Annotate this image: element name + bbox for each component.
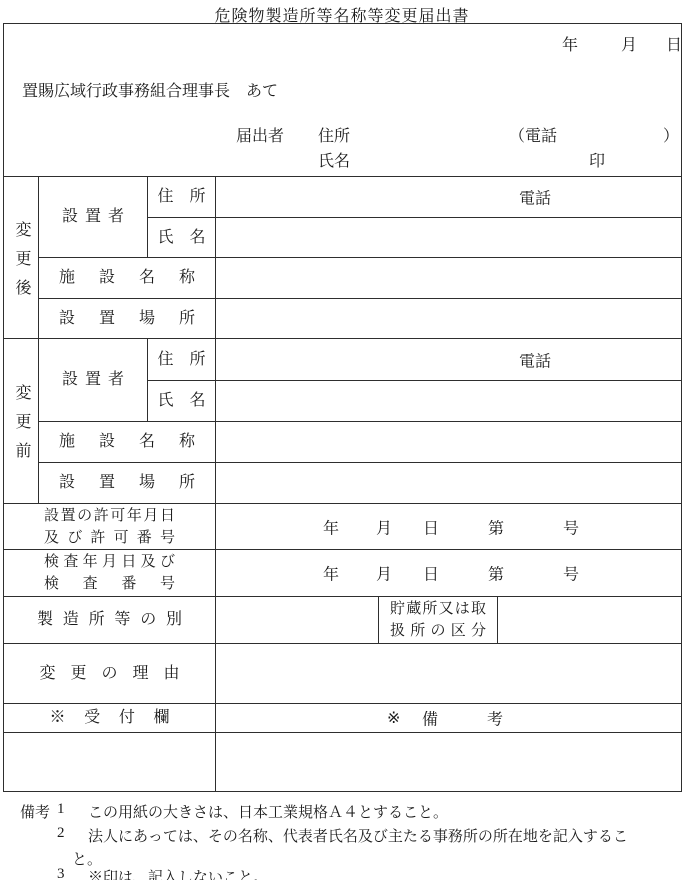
addressee: 置賜広域行政事務組合理事長 あて <box>22 78 278 101</box>
after-installer-cell: 設置者 <box>38 176 147 257</box>
permit-year-label: 年 <box>323 515 339 538</box>
remarks-value-cell <box>215 732 682 792</box>
after-section-cell: 変更後 <box>3 176 38 338</box>
after-phone-label: 電話 <box>519 186 551 209</box>
before-address-label: 住所 <box>158 350 206 369</box>
after-facility-value-cell <box>215 257 682 298</box>
reason-label-cell: 変更の理由 <box>3 643 215 703</box>
before-section-label: 変更前 <box>13 384 29 471</box>
storage-type-label-line2: 扱所の区分 <box>390 622 486 640</box>
before-name-label-cell: 氏名 <box>147 380 215 421</box>
category-label: 製造所等の別 <box>37 610 182 629</box>
before-section-cell: 変更前 <box>3 338 38 503</box>
before-address-value-cell: 電話 <box>215 338 682 380</box>
inspection-label-line1: 検査年月日及び <box>44 553 175 571</box>
header-day-label: 日 <box>666 32 682 55</box>
permit-value-cell: 年 月 日 第 号 <box>215 503 682 549</box>
inspection-no-prefix-label: 第 <box>488 562 504 585</box>
permit-label-line2: 及び許可番号 <box>44 529 175 547</box>
declarant-seal-label: 印 <box>589 148 605 171</box>
note3-text: ※印は、記入しないこと。 <box>88 866 268 880</box>
reason-label: 変更の理由 <box>40 664 180 683</box>
header-year-label: 年 <box>562 32 578 55</box>
notes-heading: 備考 <box>20 801 50 822</box>
after-facility-label: 施設名称 <box>59 268 195 287</box>
note1-text: この用紙の大きさは、日本工業規格Ａ４とすること。 <box>88 801 448 822</box>
category-value-cell <box>215 596 378 643</box>
reception-label-cell: ※受付欄 <box>3 703 215 732</box>
after-address-label: 住所 <box>158 187 206 206</box>
after-installer-label: 設置者 <box>62 207 124 226</box>
declarant-phone-open: （電話 <box>509 123 557 146</box>
note1-number: 1 <box>57 801 65 818</box>
declarant-phone-close: ） <box>663 123 679 146</box>
reason-value-cell <box>215 643 682 703</box>
remarks-label-b: 備 <box>422 707 438 730</box>
after-name-label-cell: 氏名 <box>147 217 215 257</box>
note2-number: 2 <box>57 825 65 842</box>
before-facility-label-cell: 施設名称 <box>38 421 215 462</box>
before-facility-label: 施設名称 <box>59 432 195 451</box>
permit-month-label: 月 <box>376 515 392 538</box>
after-location-value-cell <box>215 298 682 338</box>
after-location-label: 設置場所 <box>59 309 195 328</box>
storage-type-label-line1: 貯蔵所又は取 <box>390 600 486 618</box>
before-facility-value-cell <box>215 421 682 462</box>
remarks-label-k: 考 <box>487 707 503 730</box>
inspection-day-label: 日 <box>423 562 439 585</box>
permit-day-label: 日 <box>423 515 439 538</box>
note2-text: 法人にあっては、その名称、代表者氏名及び主たる事務所の所在地を記入するこ <box>88 825 628 846</box>
inspection-year-label: 年 <box>323 562 339 585</box>
before-name-label: 氏名 <box>158 391 206 410</box>
permit-no-prefix-label: 第 <box>488 515 504 538</box>
inspection-value-cell: 年 月 日 第 号 <box>215 549 682 596</box>
after-facility-label-cell: 施設名称 <box>38 257 215 298</box>
before-installer-cell: 設置者 <box>38 338 147 421</box>
after-name-value-cell <box>215 217 682 257</box>
permit-label-line1: 設置の許可年月日 <box>44 507 175 525</box>
remarks-header-cell: ※ 備 考 <box>215 703 682 732</box>
before-name-value-cell <box>215 380 682 421</box>
note3-number: 3 <box>57 866 65 880</box>
header-month-label: 月 <box>621 32 637 55</box>
before-installer-label: 設置者 <box>62 370 124 389</box>
declarant-address-label: 住所 <box>318 123 350 146</box>
form-page: 危険物製造所等名称等変更届出書 年 月 日 置賜広域行政事務組合理事長 あて 届… <box>0 0 684 880</box>
after-address-label-cell: 住所 <box>147 176 215 217</box>
inspection-label-cell: 検査年月日及び 検査番号 <box>3 549 215 596</box>
reception-label: ※受付欄 <box>50 708 170 727</box>
remarks-mark: ※ <box>387 708 400 728</box>
permit-label-cell: 設置の許可年月日 及び許可番号 <box>3 503 215 549</box>
after-section-label: 変更後 <box>13 221 29 308</box>
before-location-label: 設置場所 <box>59 473 195 492</box>
storage-type-value-cell <box>497 596 682 643</box>
declarant-label: 届出者 <box>236 123 284 146</box>
inspection-month-label: 月 <box>376 562 392 585</box>
before-location-value-cell <box>215 462 682 503</box>
after-name-label: 氏名 <box>158 228 206 247</box>
before-location-label-cell: 設置場所 <box>38 462 215 503</box>
storage-type-label-cell: 貯蔵所又は取 扱所の区分 <box>378 596 497 643</box>
inspection-no-suffix-label: 号 <box>563 562 579 585</box>
permit-no-suffix-label: 号 <box>563 515 579 538</box>
inspection-label-line2: 検査番号 <box>44 575 175 593</box>
declarant-name-label: 氏名 <box>318 148 350 171</box>
category-label-cell: 製造所等の別 <box>3 596 215 643</box>
before-address-label-cell: 住所 <box>147 338 215 380</box>
reception-value-cell <box>3 732 215 792</box>
before-phone-label: 電話 <box>519 348 551 371</box>
after-location-label-cell: 設置場所 <box>38 298 215 338</box>
after-address-value-cell: 電話 <box>215 176 682 217</box>
